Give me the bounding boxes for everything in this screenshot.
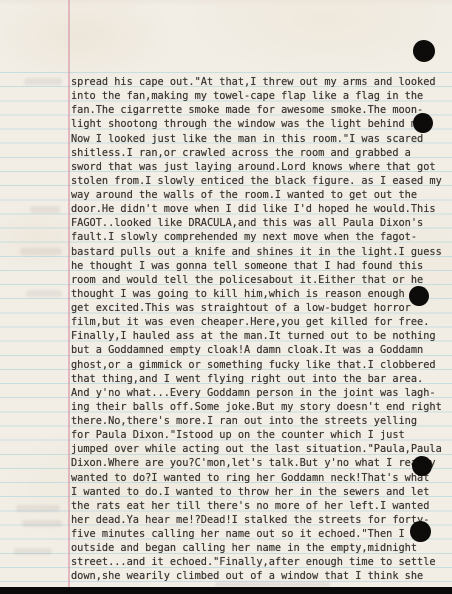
text-line: fault.I slowly comprehended my next move…	[71, 230, 449, 244]
text-line: Finally,I hauled ass at the man.It turne…	[71, 329, 449, 343]
text-line: the rats eat her till there's no more of…	[71, 499, 449, 513]
text-line: for Paula Dixon."Istood up on the counte…	[71, 428, 449, 442]
ink-dot	[412, 456, 432, 476]
text-line: bastard pulls out a knife and shines it …	[71, 245, 449, 259]
text-line: outside and began calling her name in th…	[71, 541, 449, 555]
scan-edge-bar	[0, 587, 452, 594]
text-line: ghost,or a gimmick or something fucky li…	[71, 358, 449, 372]
bleed-through-smudge	[20, 248, 62, 255]
bleed-through-smudge	[24, 78, 62, 85]
text-line: sword that was just laying around.Lord k…	[71, 160, 449, 174]
text-line: ing their balls off.Some joke.But my sto…	[71, 400, 449, 414]
text-line: shitless.I ran,or crawled across the roo…	[71, 146, 449, 160]
text-line: Dixon.Where are you?C'mon,let's talk.But…	[71, 456, 449, 470]
text-line: I wanted to do.I wanted to throw her in …	[71, 485, 449, 499]
text-line: there.No,there's more.I ran out into the…	[71, 414, 449, 428]
bleed-through-smudge	[14, 548, 52, 555]
text-line: stolen from.I slowly enticed the black f…	[71, 174, 449, 188]
text-line: five minutes calling her name out so it …	[71, 527, 449, 541]
ink-dot	[409, 286, 429, 306]
text-line: way around the walls of the room.I wante…	[71, 188, 449, 202]
text-line: her dead.Ya hear me!?Dead!I stalked the …	[71, 513, 449, 527]
text-line: thought I was going to kill him,which is…	[71, 287, 449, 301]
margin-rule	[68, 0, 70, 588]
ink-dot	[413, 113, 433, 133]
text-line: he thought I was gonna tell someone that…	[71, 259, 449, 273]
text-line: room and would tell the policesabout it.…	[71, 273, 449, 287]
text-line: into the fan,making my towel-cape flap l…	[71, 89, 449, 103]
text-line: jumped over while acting out the last si…	[71, 442, 449, 456]
typed-text-block: spread his cape out."At that,I threw out…	[71, 75, 449, 584]
bleed-through-smudge	[26, 290, 62, 297]
text-line: get excited.This was straightout of a lo…	[71, 301, 449, 315]
text-line: door.He didn't move when I did like I'd …	[71, 202, 449, 216]
text-line: street...and it echoed."Finally,after en…	[71, 555, 449, 569]
text-line: FAGOT..looked like DRACULA,and this was …	[71, 216, 449, 230]
bleed-through-smudge	[22, 520, 62, 527]
document-page: spread his cape out."At that,I threw out…	[0, 0, 452, 594]
text-line: Now I looked just like the man in this r…	[71, 132, 449, 146]
text-line: light shootong through the window was th…	[71, 117, 449, 131]
text-line: fan.The cigarrette smoke made for awesom…	[71, 103, 449, 117]
text-line: spread his cape out."At that,I threw out…	[71, 75, 449, 89]
text-line: but a Goddamned empty cloak!A damn cloak…	[71, 343, 449, 357]
ink-dot	[410, 521, 431, 542]
ink-dot	[413, 40, 435, 62]
text-line: And y'no what...Every Goddamn person in …	[71, 386, 449, 400]
bleed-through-smudge	[16, 505, 60, 512]
text-line: wanted to do?I wanted to ring her Goddam…	[71, 471, 449, 485]
text-line: that thing,and I went flying right out i…	[71, 372, 449, 386]
bleed-through-smudge	[30, 206, 60, 213]
text-line: film,but it was even cheaper.Here,you ge…	[71, 315, 449, 329]
text-line: down,she wearily climbed out of a window…	[71, 569, 449, 583]
